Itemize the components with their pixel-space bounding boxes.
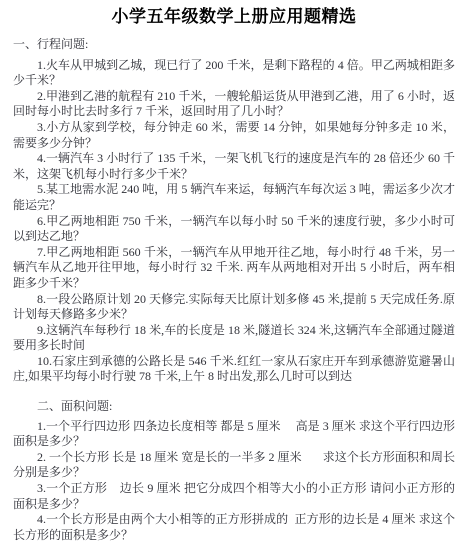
problem-item: 5.某工地需水泥 240 吨，用 5 辆汽车来运，每辆汽车每次运 3 吨，需运多… bbox=[13, 182, 455, 213]
problem-item: 3.小方从家到学校，每分钟走 60 米，需要 14 分钟，如果她每分钟多走 10… bbox=[13, 120, 455, 151]
problem-item: 3.一个正方形 边长 9 厘米 把它分成四个相等大小的小正方形 请问小正方形的面… bbox=[13, 481, 455, 512]
problem-item: 6.甲乙两地相距 750 千米，一辆汽车以每小时 50 千米的速度行驶，多少小时… bbox=[13, 214, 455, 245]
section-heading-travel: 一、行程问题: bbox=[13, 37, 455, 53]
problem-item: 8.一段公路原计划 20 天修完.实际每天比原计划多修 45 米,提前 5 天完… bbox=[13, 292, 455, 323]
problem-item: 1.一个平行四边形 四条边长度相等 都是 5 厘米 高是 3 厘米 求这个平行四… bbox=[13, 419, 455, 450]
document-title: 小学五年级数学上册应用题精选 bbox=[13, 6, 455, 28]
problem-item: 4.一辆汽车 3 小时行了 135 千米，一架飞机飞行的速度是汽车的 28 倍还… bbox=[13, 151, 455, 182]
section-travel-problems: 一、行程问题: 1.火车从甲城到乙城，现已行了 200 千米，是剩下路程的 4 … bbox=[13, 37, 455, 385]
problem-item: 9.这辆汽车每秒行 18 米,车的长度是 18 米,隧道长 324 米,这辆汽车… bbox=[13, 323, 455, 354]
problem-item: 2. 一个长方形 长是 18 厘米 宽是长的一半多 2 厘米 求这个长方形面积和… bbox=[13, 450, 455, 481]
document-page: 小学五年级数学上册应用题精选 一、行程问题: 1.火车从甲城到乙城，现已行了 2… bbox=[0, 0, 468, 541]
problem-item: 2.甲港到乙港的航程有 210 千米，一艘轮船运货从甲港到乙港，用了 6 小时，… bbox=[13, 89, 455, 120]
problem-item: 1.火车从甲城到乙城，现已行了 200 千米，是剩下路程的 4 倍。甲乙两城相距… bbox=[13, 58, 455, 89]
problem-item: 10.石家庄到承德的公路长是 546 千米.红红一家从石家庄开车到承德游览避暑山… bbox=[13, 354, 455, 385]
section-heading-area: 二、面积问题: bbox=[13, 399, 455, 415]
problem-item: 4.一个长方形是由两个大小相等的正方形拼成的 正方形的边长是 4 厘米 求这个长… bbox=[13, 512, 455, 541]
section-area-problems: 二、面积问题: 1.一个平行四边形 四条边长度相等 都是 5 厘米 高是 3 厘… bbox=[13, 399, 455, 541]
problem-item: 7.甲乙两地相距 560 千米，一辆汽车从甲地开往乙地，每小时行 48 千米，另… bbox=[13, 245, 455, 292]
